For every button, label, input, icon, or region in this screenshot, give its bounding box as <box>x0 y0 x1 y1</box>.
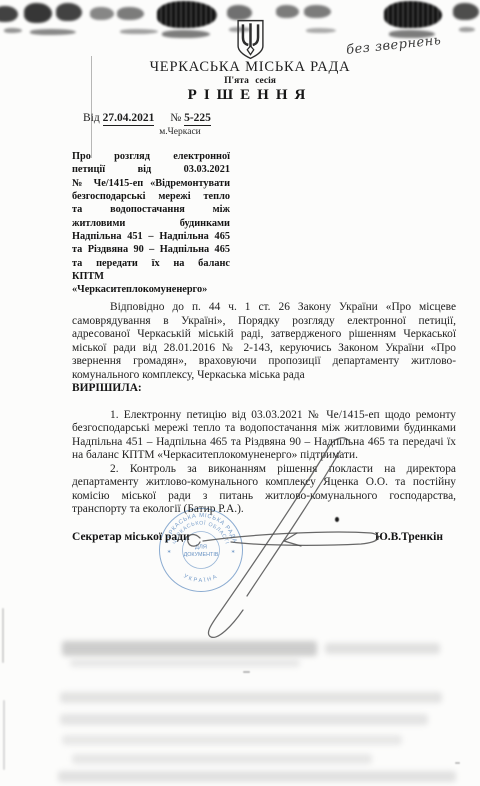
scan-smudge <box>157 1 217 28</box>
scan-smudge <box>56 3 82 21</box>
city-line: м.Черкаси <box>130 127 230 137</box>
number-value: 5-225 <box>184 112 211 126</box>
scan-smudge <box>30 29 76 35</box>
scan-smudge <box>90 7 114 20</box>
date-label: Від <box>83 112 100 124</box>
subject-line: петиції від 03.03.2021 <box>72 163 230 176</box>
subject-line: «Черкаситеплокомуненерго» <box>72 283 230 296</box>
scan-speck <box>455 762 460 764</box>
session-line: П'ята сесія <box>30 76 470 86</box>
doc-type-title: РІШЕННЯ <box>30 87 470 104</box>
subject-line: та водопостачання між <box>72 203 230 216</box>
subject-line: безгосподарські мережі тепло <box>72 190 230 203</box>
handwritten-signature <box>140 395 400 655</box>
subject-line: № Че/1415-еп «Відремонтувати <box>72 177 230 190</box>
date-value: 27.04.2021 <box>103 112 155 126</box>
scan-smudge <box>306 28 336 33</box>
bleedthrough-ghost <box>60 692 442 703</box>
scan-speck <box>2 608 4 663</box>
emblem-trident-right <box>253 24 258 45</box>
scan-smudge <box>120 29 158 34</box>
bleedthrough-ghost <box>72 754 372 764</box>
scan-smudge <box>0 6 18 22</box>
subject-line: та Різдвяна 90 – Надпільна 465 <box>72 243 230 256</box>
date-number-line: Від 27.04.2021 № 5-225 <box>83 112 211 124</box>
signature-stroke <box>284 533 301 546</box>
scan-smudge <box>162 30 210 38</box>
subject-line: Надпільна 451 – Надпільна 465 <box>72 230 230 243</box>
scan-speck <box>3 700 5 770</box>
emblem-trident-base <box>247 46 253 55</box>
scan-smudge <box>453 3 479 20</box>
org-name: ЧЕРКАСЬКА МІСЬКА РАДА <box>30 59 470 76</box>
body-paragraph: Відповідно до п. 44 ч. 1 ст. 26 Закону У… <box>72 301 456 382</box>
bleedthrough-ghost <box>70 659 300 667</box>
scan-smudge <box>384 1 442 28</box>
scan-smudge <box>4 28 22 33</box>
bleedthrough-ghost <box>62 641 317 656</box>
number-label: № <box>170 112 181 124</box>
scan-smudge <box>459 27 475 32</box>
scan-speck <box>243 671 250 673</box>
scan-smudge <box>304 5 331 18</box>
subject-line: та передати їх на баланс <box>72 257 230 270</box>
bleedthrough-ghost <box>62 735 402 745</box>
resolved-label: ВИРІШИЛА: <box>72 382 456 396</box>
scan-smudge <box>276 5 299 18</box>
scan-smudge <box>24 3 52 23</box>
subject-line: КПТМ <box>72 270 230 283</box>
subject-line: житловими будинками <box>72 217 230 230</box>
emblem-trident-left <box>243 24 248 45</box>
scan-smudge <box>227 5 252 20</box>
ink-dot <box>335 517 339 522</box>
scan-smudge <box>117 7 144 20</box>
subject-block: Про розгляд електронної петиції від 03.0… <box>72 150 230 297</box>
scanned-document-page: ЧЕРКАСЬКА МІСЬКА РАДА П'ята сесія РІШЕНН… <box>0 0 480 786</box>
bleedthrough-ghost <box>325 643 440 654</box>
subject-line: Про розгляд електронної <box>72 150 230 163</box>
bleedthrough-ghost <box>60 714 428 725</box>
signature-stroke <box>188 535 200 547</box>
bleedthrough-ghost <box>58 771 456 782</box>
signature-stroke <box>247 451 340 596</box>
ukraine-trident-emblem <box>234 19 267 60</box>
